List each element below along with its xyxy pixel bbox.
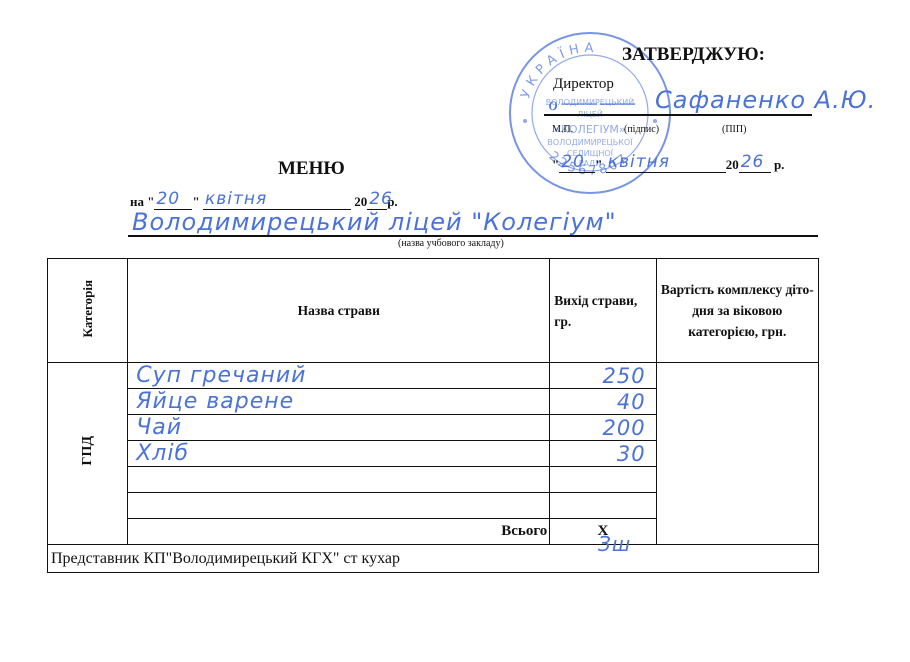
menu-month: квітня: [205, 189, 267, 209]
approval-day: 20: [561, 152, 585, 172]
date-prefix: на ": [130, 194, 154, 209]
category-cell: ГПД: [48, 363, 128, 545]
header-category: Категорія: [48, 259, 128, 363]
approval-title: ЗАТВЕРДЖУЮ:: [622, 44, 765, 66]
menu-table: Категорія Назва страви Вихід страви, гр.…: [47, 258, 819, 573]
table-row: ГПД Суп гречаний 250: [48, 363, 819, 389]
year-prefix: 20: [354, 194, 367, 209]
menu-year: 26: [369, 189, 393, 209]
school-name: Володимирецький ліцей "Колегіум": [132, 208, 617, 236]
header-dish: Назва страви: [128, 259, 550, 363]
stamp-place-label: М.П.: [552, 124, 573, 135]
dish-name: Яйце варене: [128, 389, 550, 415]
dish-output: 200: [550, 415, 656, 441]
dish-output: 250: [550, 363, 656, 389]
table-header-row: Категорія Назва страви Вихід страви, гр.…: [48, 259, 819, 363]
dish-name: [128, 493, 550, 519]
quote: ": [192, 194, 199, 209]
approval-year: 26: [741, 152, 765, 172]
approval-year-field: 26: [739, 156, 771, 173]
quote: ": [552, 157, 559, 172]
dish-name: Суп гречаний: [128, 363, 550, 389]
dish-name: Чай: [128, 415, 550, 441]
dish-output: [550, 467, 656, 493]
cook-representative: Представник КП"Володимирецький КГХ" ст к…: [48, 545, 819, 573]
cook-signature: Зш: [598, 532, 631, 556]
dish-name: Хліб: [128, 441, 550, 467]
footer-row: Представник КП"Володимирецький КГХ" ст к…: [48, 545, 819, 573]
full-name-hint: (ПІП): [722, 124, 746, 135]
signature-hint: (підпис): [624, 124, 659, 135]
header-output: Вихід страви, гр.: [550, 259, 656, 363]
year-mark: р.: [774, 157, 784, 172]
approval-month-field: квітня: [606, 156, 726, 173]
approval-date: "20" квітня2026 р.: [552, 156, 784, 173]
approval-month: квітня: [608, 152, 670, 172]
school-name-hint: (назва учбового закладу): [398, 238, 504, 249]
year-prefix: 20: [726, 157, 739, 172]
total-label: Всього: [128, 519, 550, 545]
director-signature: ℴ⸺⸺: [548, 86, 636, 117]
dish-output: 40: [550, 389, 656, 415]
director-name: Сафаненко А.Ю.: [655, 86, 876, 114]
menu-day: 20: [156, 189, 180, 209]
quote: ": [595, 157, 602, 172]
dish-output: 30: [550, 441, 656, 467]
dish-output: [550, 493, 656, 519]
header-cost: Вартість комплексу діто-дня за віковою к…: [656, 259, 818, 363]
stamp-line: ВОЛОДИМИРЕЦЬКОЇ: [547, 137, 633, 147]
approval-day-field: 20: [559, 156, 595, 173]
menu-title: МЕНЮ: [278, 158, 345, 180]
cost-cell: [656, 363, 818, 545]
dish-name: [128, 467, 550, 493]
